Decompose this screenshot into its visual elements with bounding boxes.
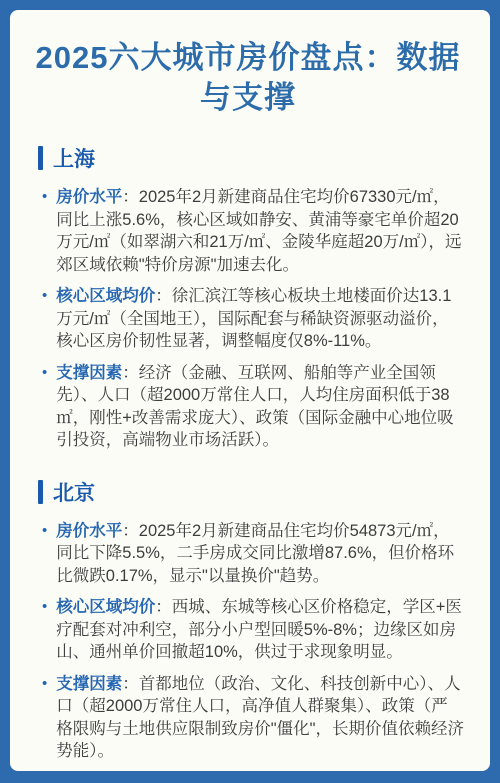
list-item: • 房价水平：2025年2月新建商品住宅均价67330元/㎡，同比上涨5.6%，… [42,186,464,276]
list-item: • 支撑因素：经济（金融、互联网、船舶等产业全国领先）、人口（超2000万常住人… [42,362,464,452]
list-item: • 支撑因素：首都地位（政治、文化、科技创新中心）、人口（超2000万常住人口，… [42,673,464,763]
bullet-paragraph: 核心区域均价：徐汇滨江等核心板块土地楼面价达13.1万元/㎡（全国地王），国际配… [56,285,464,353]
bullet-dot-icon: • [42,362,47,452]
page-title: 2025六大城市房价盘点：数据与支撑 [32,38,464,118]
poster-frame: 2025六大城市房价盘点：数据与支撑 上海 • 房价水平：2025年2月新建商品… [0,0,500,783]
bullet-colon: ： [122,675,139,693]
bullet-paragraph: 支撑因素：首都地位（政治、文化、科技创新中心）、人口（超2000万常住人口，高净… [56,673,464,763]
bullet-colon: ： [155,287,172,305]
bullet-label: 房价水平 [56,188,122,206]
bullet-colon: ： [122,188,139,206]
bullet-dot-icon: • [42,520,47,588]
bullet-dot-icon: • [42,285,47,353]
list-item: • 核心区域均价：西城、东城等核心区价格稳定，学区+医疗配套对冲利空，部分小户型… [42,596,464,664]
bullet-dot-icon: • [42,673,47,763]
bullet-colon: ： [122,364,139,382]
list-item: • 核心区域均价：徐汇滨江等核心板块土地楼面价达13.1万元/㎡（全国地王），国… [42,285,464,353]
bullet-dot-icon: • [42,186,47,276]
section-shanghai: 上海 • 房价水平：2025年2月新建商品住宅均价67330元/㎡，同比上涨5.… [32,143,464,452]
bullet-paragraph: 房价水平：2025年2月新建商品住宅均价54873元/㎡，同比下降5.5%，二手… [56,520,464,588]
bullet-label: 支撑因素 [56,675,122,693]
bullet-paragraph: 核心区域均价：西城、东城等核心区价格稳定，学区+医疗配套对冲利空，部分小户型回暖… [56,596,464,664]
bullet-label: 房价水平 [56,522,122,540]
section-heading-label: 北京 [53,477,95,507]
section-beijing: 北京 • 房价水平：2025年2月新建商品住宅均价54873元/㎡，同比下降5.… [32,477,464,763]
bullet-paragraph: 房价水平：2025年2月新建商品住宅均价67330元/㎡，同比上涨5.6%，核心… [56,186,464,276]
bullet-label: 核心区域均价 [56,598,155,616]
bullet-paragraph: 支撑因素：经济（金融、互联网、船舶等产业全国领先）、人口（超2000万常住人口，… [56,362,464,452]
heading-accent-bar [38,146,43,170]
bullet-label: 支撑因素 [56,364,122,382]
bullet-label: 核心区域均价 [56,287,155,305]
bullet-colon: ： [122,522,139,540]
section-heading-label: 上海 [53,143,95,173]
poster-card: 2025六大城市房价盘点：数据与支撑 上海 • 房价水平：2025年2月新建商品… [10,10,490,771]
section-heading: 北京 [38,477,464,507]
section-heading: 上海 [38,143,464,173]
heading-accent-bar [38,480,43,504]
bullet-colon: ： [155,598,172,616]
list-item: • 房价水平：2025年2月新建商品住宅均价54873元/㎡，同比下降5.5%，… [42,520,464,588]
bullet-dot-icon: • [42,596,47,664]
